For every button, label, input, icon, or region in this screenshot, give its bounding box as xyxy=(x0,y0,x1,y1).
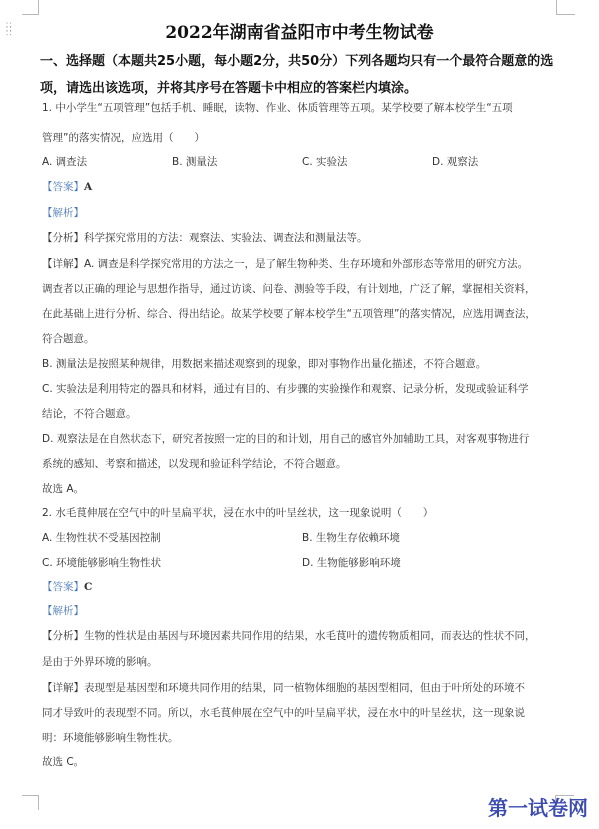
fenxi-text: 是由于外界环境的影响。 xyxy=(42,654,158,669)
section-heading: 一、选择题（本题共25小题，每小题2分，共50分）下列各题均只有一个最符合题意的… xyxy=(40,48,560,102)
page-corner-mark xyxy=(22,795,39,810)
fenxi-line: 【分析】科学探究常用的方法：观察法、实验法、调查法和测量法等。 xyxy=(42,230,368,245)
fenxi-label: 【分析】 xyxy=(42,232,84,244)
xiangjie-line: 【详解】A. 调查是科学探究常用的方法之一，是了解生物种类、生存环境和外部形态等… xyxy=(42,256,528,271)
conclusion: 故选 A。 xyxy=(42,481,84,496)
option-d: D. 生物能够影响环境 xyxy=(302,555,401,570)
page-corner-mark xyxy=(22,0,39,15)
xiangjie-text: 调查者以正确的理论与思想作指导，通过访谈、问卷、测验等手段，有计划地，广泛了解，… xyxy=(42,281,536,296)
analysis-label: 【解析】 xyxy=(42,205,84,220)
xiangjie-text: B. 测量法是按照某种规律，用数据来描述观察到的现象，即对事物作出量化描述，不符… xyxy=(42,356,486,371)
question-2-stem: 2. 水毛茛伸展在空气中的叶呈扁平状，浸在水中的叶呈丝状，这一现象说明（ ） xyxy=(42,505,433,520)
page-title: 2022年湖南省益阳市中考生物试卷 xyxy=(0,18,599,43)
analysis-label: 【解析】 xyxy=(42,603,84,618)
xiangjie-text: C. 实验法是利用特定的器具和材料，通过有目的、有步骤的实验操作和观察、记录分析… xyxy=(42,381,529,396)
option-d: D. 观察法 xyxy=(432,154,478,169)
xiangjie-label: 【详解】 xyxy=(42,682,84,694)
answer-value: C xyxy=(84,581,92,593)
xiangjie-text: D. 观察法是在自然状态下，研究者按照一定的目的和计划，用自己的感官外加辅助工具… xyxy=(42,431,529,446)
section-heading-line: 一、选择题（本题共25小题，每小题2分，共50分）下列各题均只有一个最符合题意的… xyxy=(40,48,560,75)
option-c: C. 环境能够影响生物性状 xyxy=(42,555,161,570)
watermark-logo: 第一试卷网 xyxy=(488,792,588,821)
xiangjie-text: A. 调查是科学探究常用的方法之一，是了解生物种类、生存环境和外部形态等常用的研… xyxy=(84,258,528,270)
xiangjie-text: 明：环境能够影响生物性状。 xyxy=(42,730,179,745)
fenxi-text: 科学探究常用的方法：观察法、实验法、调查法和测量法等。 xyxy=(84,232,368,244)
option-a: A. 生物性状不受基因控制 xyxy=(42,530,161,545)
xiangjie-text: 符合题意。 xyxy=(42,331,95,346)
answer-value: A xyxy=(84,181,92,193)
fenxi-line: 【分析】生物的性状是由基因与环境因素共同作用的结果，水毛茛叶的遗传物质相同，而表… xyxy=(42,628,536,643)
xiangjie-text: 同才导致叶的表现型不同。所以，水毛茛伸展在空气中的叶呈扁平状，浸在水中的叶呈丝状… xyxy=(42,705,525,720)
xiangjie-label: 【详解】 xyxy=(42,258,84,270)
answer-label: 【答案】 xyxy=(42,581,84,593)
option-b: B. 生物生存依赖环境 xyxy=(302,530,400,545)
answer-line: 【答案】A xyxy=(42,179,92,194)
xiangjie-text: 系统的感知、考察和描述，以发现和验证科学结论，不符合题意。 xyxy=(42,456,347,471)
question-1-stem: 管理”的落实情况，应选用（ ） xyxy=(42,130,205,145)
section-heading-line: 项，请选出该选项，并将其序号在答题卡中相应的答案栏内填涂。 xyxy=(40,75,560,102)
answer-line: 【答案】C xyxy=(42,579,92,594)
question-1-stem: 1. 中小学生“五项管理”包括手机、睡眠，读物、作业、体质管理等五项。某学校要了… xyxy=(42,100,513,115)
xiangjie-line: 【详解】表现型是基因型和环境共同作用的结果，同一植物体细胞的基因型相同，但由于叶… xyxy=(42,680,525,695)
fenxi-label: 【分析】 xyxy=(42,630,84,642)
page-corner-mark xyxy=(556,0,575,15)
option-c: C. 实验法 xyxy=(302,154,348,169)
xiangjie-text: 结论，不符合题意。 xyxy=(42,406,137,421)
answer-label: 【答案】 xyxy=(42,181,84,193)
option-a: A. 调查法 xyxy=(42,154,87,169)
xiangjie-text: 在此基础上进行分析、综合、得出结论。故某学校要了解本校学生“五项管理”的落实情况… xyxy=(42,306,536,321)
fenxi-text: 生物的性状是由基因与环境因素共同作用的结果，水毛茛叶的遗传物质相同，而表达的性状… xyxy=(84,630,536,642)
xiangjie-text: 表现型是基因型和环境共同作用的结果，同一植物体细胞的基因型相同，但由于叶所处的环… xyxy=(84,682,525,694)
conclusion: 故选 C。 xyxy=(42,754,84,769)
option-b: B. 测量法 xyxy=(172,154,217,169)
